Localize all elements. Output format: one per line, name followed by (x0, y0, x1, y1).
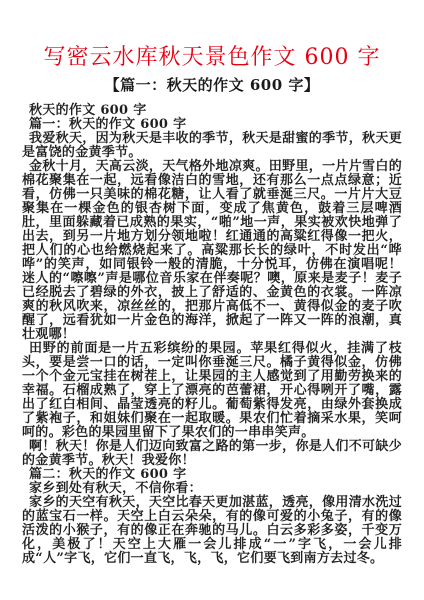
page-subtitle: 【篇一：秋天的作文 600 字】 (0, 75, 424, 95)
essay-heading: 秋天的作文 600 字 (22, 104, 402, 118)
essay-paragraph: 家乡到处有秋天，不信你看： (22, 482, 402, 496)
page-title: 写密云水库秋天景色作文 600 字 (0, 0, 424, 71)
essay-body: 秋天的作文 600 字篇一：秋天的作文 600 字我爱秋天，因为秋天是丰收的季节… (22, 104, 402, 566)
essay-paragraph: 我爱秋天，因为秋天是丰收的季节，秋天是甜蜜的季节，秋天更是富饶的金黄季节。 (22, 132, 402, 160)
essay-paragraph: 金秋十月，天高云淡，天气格外地凉爽。田野里，一片片雪白的棉花聚集在一起，远看像洁… (22, 160, 402, 342)
essay-paragraph: 啊！秋天！你是人们迈向致富之路的第一步，你是人们不可缺少的金黄季节。秋天！我爱你… (22, 440, 402, 468)
essay-heading: 篇一：秋天的作文 600 字 (22, 118, 402, 132)
essay-heading: 篇二：秋天的作文 600 字 (22, 468, 402, 482)
essay-paragraph: 家乡的天空有秋天，天空比春天更加湛蓝，透亮，像用清水洗过的蓝宝石一样。天空上白云… (22, 496, 402, 566)
essay-paragraph: 田野的前面是一片五彩缤纷的果园。苹果红得似火，挂满了枝头，要是尝一口的话，一定叫… (22, 342, 402, 440)
document-page: 写密云水库秋天景色作文 600 字 【篇一：秋天的作文 600 字】 秋天的作文… (0, 0, 424, 600)
